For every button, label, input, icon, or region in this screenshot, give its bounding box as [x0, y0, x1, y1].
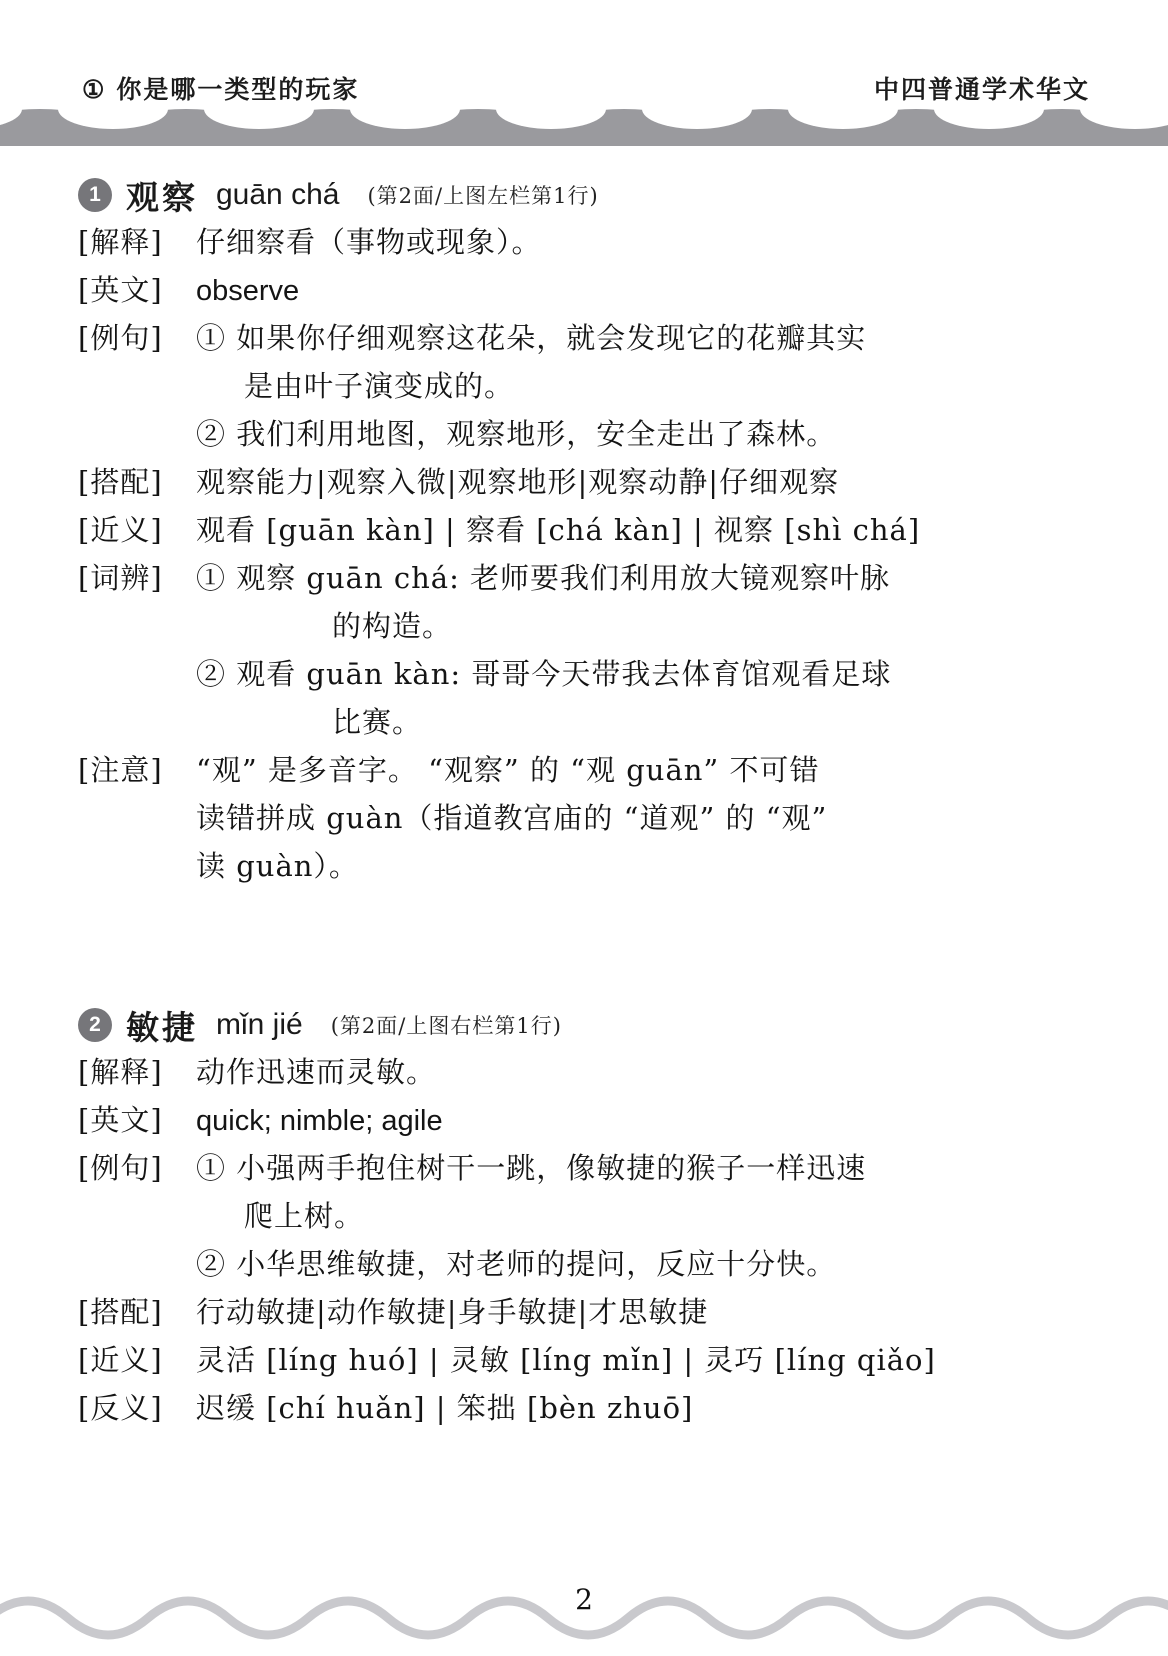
section-label: [解释]: [78, 1048, 182, 1096]
section-text: 是由叶子演变成的。: [244, 362, 514, 410]
section-text: ② 我们利用地图，观察地形，安全走出了森林。: [196, 410, 836, 458]
section-text: 读 guàn）。: [196, 842, 359, 890]
entry-heading: 2 敏捷 mǐn jié (第2面/上图右栏第1行): [78, 1002, 1108, 1048]
section-zhuyi-cont: 读错拼成 guàn（指道教宫庙的 “道观” 的 “观”: [78, 794, 1108, 842]
entry-source-note: (第2面/上图左栏第1行): [367, 180, 598, 210]
section-cibian-cont: 比赛。: [78, 698, 1108, 746]
section-zhuyi: [注意] “观” 是多音字。 “观察” 的 “观 guān” 不可错: [78, 746, 1108, 794]
section-text: 观看 [guān kàn] | 察看 [chá kàn] | 视察 [shì c…: [196, 506, 920, 554]
section-text: 迟缓 [chí huǎn] | 笨拙 [bèn zhuō]: [196, 1384, 693, 1432]
section-dapei: [搭配] 行动敏捷|动作敏捷|身手敏捷|才思敏捷: [78, 1288, 1108, 1336]
section-zhuyi-cont: 读 guàn）。: [78, 842, 1108, 890]
content: 1 观察 guān chá (第2面/上图左栏第1行) [解释] 仔细察看（事物…: [78, 148, 1108, 1432]
section-label: [近义]: [78, 506, 182, 554]
section-label: [近义]: [78, 1336, 182, 1384]
section-yingwen: [英文] observe: [78, 266, 1108, 314]
section-jinyi: [近义] 灵活 [líng huó] | 灵敏 [líng mǐn] | 灵巧 …: [78, 1336, 1108, 1384]
entry-number-badge: 2: [78, 1008, 112, 1042]
section-text: 观察能力|观察入微|观察地形|观察动静|仔细观察: [196, 458, 839, 506]
section-text: observe: [196, 267, 299, 315]
chapter-number-icon: ①: [82, 75, 106, 105]
section-jieshi: [解释] 仔细察看（事物或现象）。: [78, 218, 1108, 266]
section-dapei: [搭配] 观察能力|观察入微|观察地形|观察动静|仔细观察: [78, 458, 1108, 506]
section-label: [搭配]: [78, 458, 182, 506]
entry-number-badge: 1: [78, 178, 112, 212]
entry-word: 敏捷: [126, 1002, 198, 1049]
section-liju-cont: ② 小华思维敏捷，对老师的提问，反应十分快。: [78, 1240, 1108, 1288]
section-jinyi: [近义] 观看 [guān kàn] | 察看 [chá kàn] | 视察 […: [78, 506, 1108, 554]
section-liju-cont: ② 我们利用地图，观察地形，安全走出了森林。: [78, 410, 1108, 458]
entry-heading: 1 观察 guān chá (第2面/上图左栏第1行): [78, 172, 1108, 218]
section-label: [解释]: [78, 218, 182, 266]
section-text: 读错拼成 guàn（指道教宫庙的 “道观” 的 “观”: [196, 794, 827, 842]
chapter-title: 你是哪一类型的玩家: [116, 70, 359, 106]
section-text: ① 小强两手抱住树干一跳，像敏捷的猴子一样迅速: [196, 1144, 866, 1192]
entry-pinyin: mǐn jié: [216, 1008, 303, 1042]
section-label: [英文]: [78, 266, 182, 314]
section-text: 的构造。: [332, 602, 452, 650]
section-liju-cont: 是由叶子演变成的。: [78, 362, 1108, 410]
page-header: ① 你是哪一类型的玩家 中四普通学术华文: [82, 70, 1090, 106]
section-cibian-cont: ② 观看 guān kàn: 哥哥今天带我去体育馆观看足球: [78, 650, 1108, 698]
section-text: ② 小华思维敏捷，对老师的提问，反应十分快。: [196, 1240, 836, 1288]
section-liju: [例句] ① 小强两手抱住树干一跳，像敏捷的猴子一样迅速: [78, 1144, 1108, 1192]
section-text: quick; nimble; agile: [196, 1097, 443, 1145]
section-label: [词辨]: [78, 554, 182, 602]
section-fanyi: [反义] 迟缓 [chí huǎn] | 笨拙 [bèn zhuō]: [78, 1384, 1108, 1432]
section-yingwen: [英文] quick; nimble; agile: [78, 1096, 1108, 1144]
section-text: 动作迅速而灵敏。: [196, 1048, 436, 1096]
section-text: 行动敏捷|动作敏捷|身手敏捷|才思敏捷: [196, 1288, 708, 1336]
section-cibian: [词辨] ① 观察 guān chá: 老师要我们利用放大镜观察叶脉: [78, 554, 1108, 602]
vocab-entry-guancha: 1 观察 guān chá (第2面/上图左栏第1行) [解释] 仔细察看（事物…: [78, 172, 1108, 890]
section-cibian-cont: 的构造。: [78, 602, 1108, 650]
section-text: 比赛。: [332, 698, 422, 746]
section-text: 仔细察看（事物或现象）。: [196, 218, 542, 266]
entry-source-note: (第2面/上图右栏第1行): [331, 1010, 562, 1040]
section-text: 灵活 [líng huó] | 灵敏 [líng mǐn] | 灵巧 [líng…: [196, 1336, 936, 1384]
header-chapter: ① 你是哪一类型的玩家: [82, 70, 359, 106]
textbook-page: ① 你是哪一类型的玩家 中四普通学术华文 1 观察 guān chá: [0, 0, 1168, 1656]
section-label: [例句]: [78, 1144, 182, 1192]
section-liju-cont: 爬上树。: [78, 1192, 1108, 1240]
section-label: [英文]: [78, 1096, 182, 1144]
section-label: [例句]: [78, 314, 182, 362]
section-text: ② 观看 guān kàn: 哥哥今天带我去体育馆观看足球: [196, 650, 891, 698]
section-text: 爬上树。: [244, 1192, 364, 1240]
section-label: [反义]: [78, 1384, 182, 1432]
section-liju: [例句] ① 如果你仔细观察这花朵，就会发现它的花瓣其实: [78, 314, 1108, 362]
section-label: [搭配]: [78, 1288, 182, 1336]
section-jieshi: [解释] 动作迅速而灵敏。: [78, 1048, 1108, 1096]
section-text: “观” 是多音字。 “观察” 的 “观 guān” 不可错: [196, 746, 819, 794]
vocab-entry-minjie: 2 敏捷 mǐn jié (第2面/上图右栏第1行) [解释] 动作迅速而灵敏。…: [78, 1002, 1108, 1432]
entry-word: 观察: [126, 172, 198, 219]
scallop-band-decoration: [0, 106, 1168, 146]
section-text: ① 观察 guān chá: 老师要我们利用放大镜观察叶脉: [196, 554, 890, 602]
footer-wave-decoration: [0, 1590, 1168, 1646]
entry-pinyin: guān chá: [216, 178, 339, 212]
section-label: [注意]: [78, 746, 182, 794]
section-text: ① 如果你仔细观察这花朵，就会发现它的花瓣其实: [196, 314, 866, 362]
header-course-title: 中四普通学术华文: [874, 70, 1090, 106]
